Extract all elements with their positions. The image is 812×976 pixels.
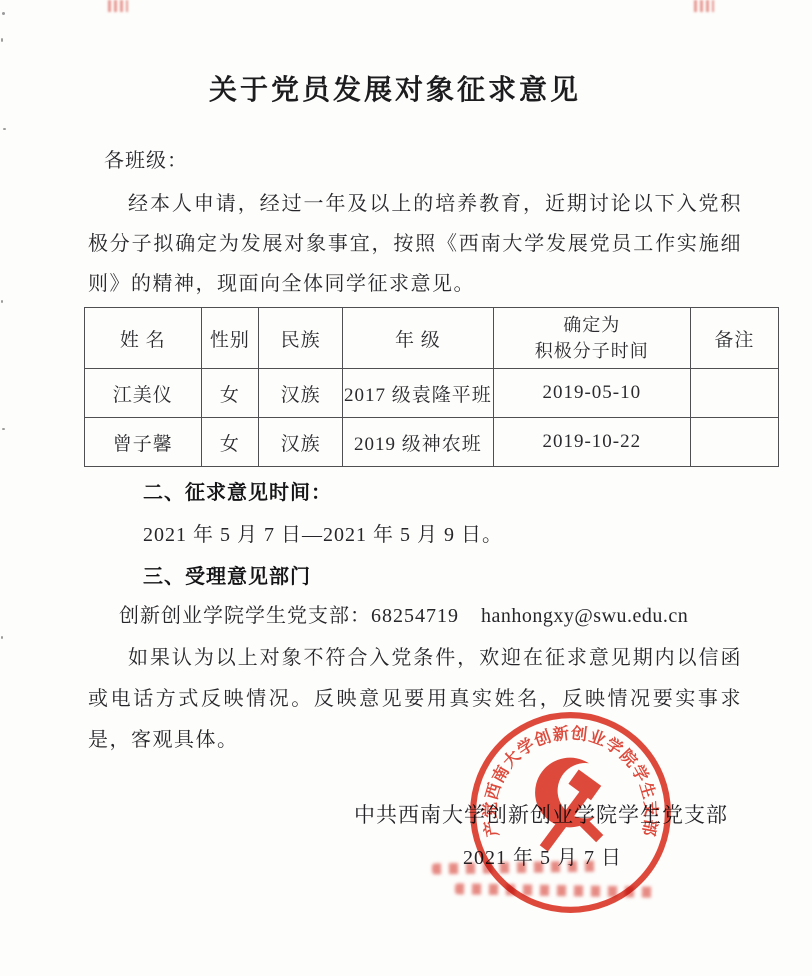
closing-paragraph: 如果认为以上对象不符合入党条件，欢迎在征求意见期内以信函或电话方式反映情况。反映… bbox=[88, 638, 742, 761]
red-ink-fragment-top-right bbox=[694, 0, 714, 12]
candidate-table: 姓 名 性别 民族 年 级 确定为 积极分子时间 备注 江美仪 女 汉族 201… bbox=[84, 307, 779, 467]
table-row: 曾子馨 女 汉族 2019 级神农班 2019-10-22 bbox=[85, 418, 779, 467]
section3-heading: 三、受理意见部门 bbox=[143, 560, 311, 589]
red-ink-fragment-top-left bbox=[108, 0, 128, 12]
header-time-line2: 积极分子时间 bbox=[494, 338, 690, 364]
scan-speck bbox=[1, 38, 3, 42]
cell-time: 2019-10-22 bbox=[493, 418, 690, 467]
scan-speck bbox=[2, 428, 5, 430]
header-ethnicity: 民族 bbox=[259, 308, 343, 369]
document-title: 关于党员发展对象征求意见 bbox=[0, 68, 790, 108]
table-row: 江美仪 女 汉族 2017 级袁隆平班 2019-05-10 bbox=[85, 369, 779, 418]
header-remark: 备注 bbox=[690, 308, 778, 369]
header-time-line1: 确定为 bbox=[494, 312, 690, 338]
salutation: 各班级： bbox=[104, 144, 188, 173]
intro-paragraph: 经本人申请，经过一年及以上的培养教育，近期讨论以下入党积极分子拟确定为发展对象事… bbox=[88, 184, 742, 304]
cell-ethnicity: 汉族 bbox=[259, 369, 343, 418]
contact-line: 创新创业学院学生党支部：68254719hanhongxy@swu.edu.cn bbox=[119, 599, 688, 628]
cell-remark bbox=[690, 418, 778, 467]
header-gender: 性别 bbox=[201, 308, 259, 369]
section2-heading: 二、征求意见时间： bbox=[143, 476, 332, 505]
cell-time: 2019-05-10 bbox=[493, 369, 690, 418]
cell-grade: 2019 级神农班 bbox=[343, 418, 494, 467]
contact-phone: 创新创业学院学生党支部：68254719 bbox=[119, 605, 459, 627]
red-ink-smudge bbox=[432, 861, 600, 875]
scan-speck bbox=[1, 300, 3, 303]
cell-gender: 女 bbox=[201, 418, 259, 467]
contact-email: hanhongxy@swu.edu.cn bbox=[481, 605, 688, 627]
section2-dates: 2021 年 5 月 7 日—2021 年 5 月 9 日。 bbox=[143, 518, 503, 547]
header-time: 确定为 积极分子时间 bbox=[493, 308, 690, 369]
cell-name: 曾子馨 bbox=[85, 418, 202, 467]
header-grade: 年 级 bbox=[343, 308, 494, 369]
cell-ethnicity: 汉族 bbox=[259, 418, 343, 467]
cell-gender: 女 bbox=[201, 369, 259, 418]
cell-remark bbox=[690, 369, 778, 418]
table-header-row: 姓 名 性别 民族 年 级 确定为 积极分子时间 备注 bbox=[85, 308, 779, 369]
scan-speck bbox=[3, 128, 6, 130]
scan-speck bbox=[2, 12, 5, 15]
signature-org: 中共西南大学创新创业学院学生党支部 bbox=[348, 799, 734, 829]
header-name: 姓 名 bbox=[85, 308, 202, 369]
cell-name: 江美仪 bbox=[85, 369, 202, 418]
scan-speck bbox=[1, 636, 3, 639]
document-page: 关于党员发展对象征求意见 各班级： 经本人申请，经过一年及以上的培养教育，近期讨… bbox=[0, 0, 812, 976]
cell-grade: 2017 级袁隆平班 bbox=[343, 369, 494, 418]
red-ink-smudge bbox=[455, 883, 655, 897]
